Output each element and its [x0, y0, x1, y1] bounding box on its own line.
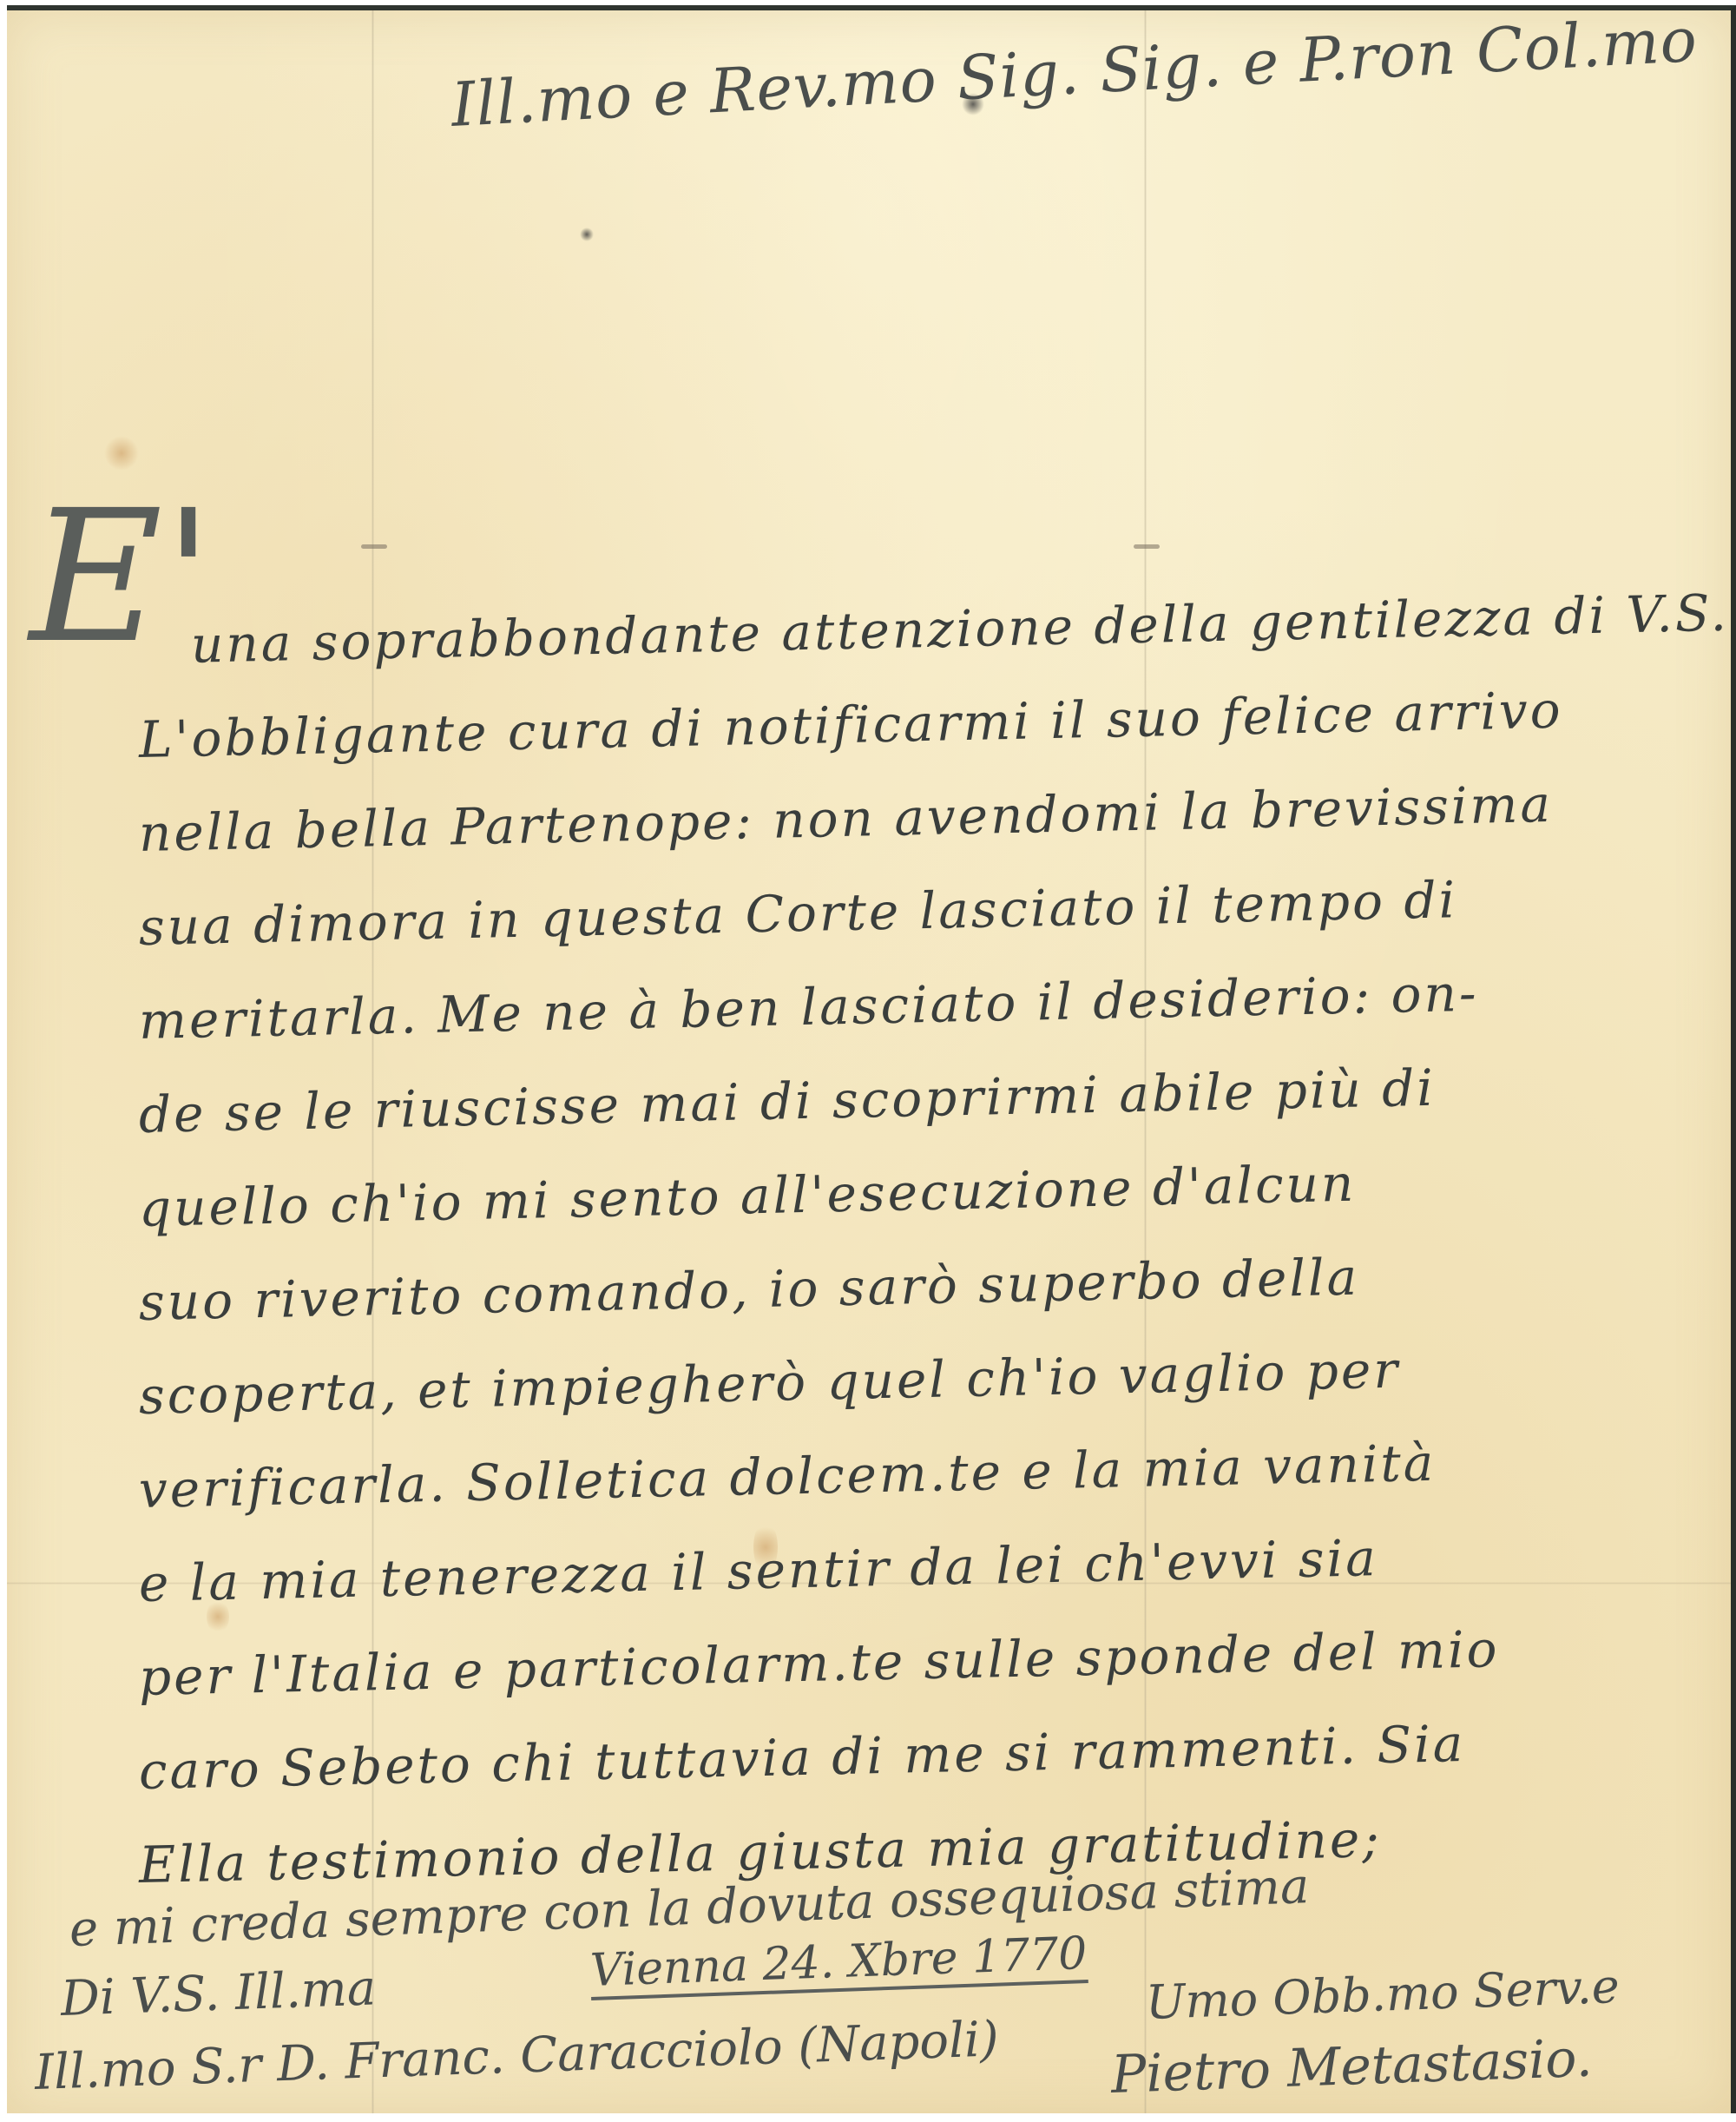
- closing-courtesy: Di V.S. Ill.ma: [60, 1960, 377, 2027]
- ink-blot: [580, 227, 594, 241]
- signature: Pietro Metastasio.: [1110, 2028, 1594, 2106]
- scan-background: Ill.mo e Rev.mo Sig. Sig. e P.ron Col.mo…: [0, 0, 1736, 2122]
- foxing-stain: [104, 436, 139, 471]
- fold-notch: [1134, 544, 1160, 549]
- letter-body: una soprabbondante attenzione della gent…: [139, 599, 1667, 1912]
- place-date: Vienna 24. Xbre 1770: [589, 1928, 1088, 1997]
- addressee: Ill.mo S.r D. Franc. Caracciolo (Napoli): [34, 2011, 1000, 2101]
- fold-notch: [361, 544, 387, 549]
- place-date-text: Vienna 24. Xbre 1770: [589, 1928, 1088, 2000]
- letter-closing: e mi creda sempre con la dovuta ossequio…: [0, 1893, 1736, 2122]
- servant-formula: Umo Obb.mo Serv.e: [1145, 1959, 1621, 2030]
